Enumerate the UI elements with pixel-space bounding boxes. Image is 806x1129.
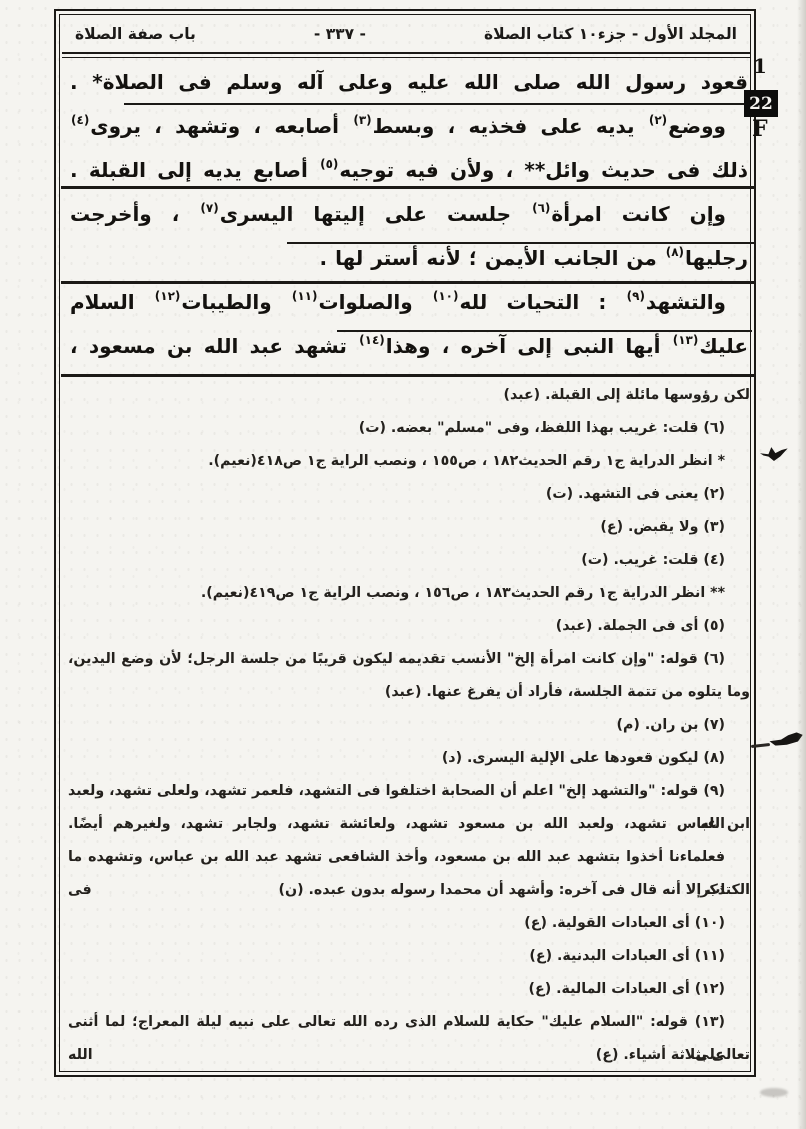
footnote-marker: (٦) xyxy=(531,201,551,215)
page-header: المجلد الأول - جزء١٠ كتاب الصلاة - ٣٣٧ -… xyxy=(62,16,750,54)
footnote-marker: (٩) xyxy=(626,289,646,303)
footnote-line: (٧) بن ران. (م) xyxy=(68,709,750,742)
footnote-line: وما يتلوه من تتمة الجلسة، فأراد أن يفرغ … xyxy=(68,676,750,709)
margin-number-annotation: 1 xyxy=(753,54,767,78)
footnote-line: (٦) قلت: غريب بهذا اللفظ، وفى "مسلم" بعض… xyxy=(68,412,750,445)
footnote-line: لكن رؤوسها مائلة إلى القبلة. (عبد) xyxy=(68,379,750,412)
matn-line: وإن كانت امرأة(٦) جلست على إليتها اليسرى… xyxy=(70,192,748,236)
footnote-line: * انظر الدراية ج١ رقم الحديث١٨٢ ، ص١٥٥ ،… xyxy=(68,445,750,478)
header-chapter-title: باب صفة الصلاة xyxy=(75,25,196,43)
footnote-line: (٢) يعنى فى التشهد. (ت) xyxy=(68,478,750,511)
footnotes-section: لكن رؤوسها مائلة إلى القبلة. (عبد)(٦) قل… xyxy=(68,379,750,1072)
footnote-marker: (٨) xyxy=(665,245,685,259)
footnote-line: (٣) ولا يقبض. (ع) xyxy=(68,511,750,544)
matn-divider-rule xyxy=(61,186,755,189)
footnotes-separator-rule xyxy=(61,374,755,377)
footnote-marker: (١٢) xyxy=(154,289,182,303)
ink-mark xyxy=(769,729,803,749)
header-volume-title: المجلد الأول - جزء١٠ كتاب الصلاة xyxy=(484,25,737,43)
scanned-page: المجلد الأول - جزء١٠ كتاب الصلاة - ٣٣٧ -… xyxy=(0,0,806,1129)
footnote-line: (٩) قوله: "والتشهد إلخ" اعلم أن الصحابة … xyxy=(68,775,750,808)
matn-line: قعود رسول الله صلى الله عليه وعلى آله وس… xyxy=(70,60,748,104)
footnote-marker: (٣) xyxy=(352,113,372,127)
ink-smudge xyxy=(760,1088,788,1097)
matn-section: قعود رسول الله صلى الله عليه وعلى آله وس… xyxy=(70,60,748,368)
footnote-line: (٤) قلت: غريب. (ت) xyxy=(68,544,750,577)
footnote-marker: (١١) xyxy=(291,289,319,303)
footnote-marker: (٥) xyxy=(319,157,339,171)
matn-line: ووضع(٢) يديه على فخذيه ، وبسط(٣) أصابعه … xyxy=(70,104,748,148)
margin-letter-annotation: F xyxy=(752,116,768,142)
header-page-number: - ٣٣٧ - xyxy=(314,25,366,43)
matn-divider-rule xyxy=(124,103,752,105)
footnote-marker: (٧) xyxy=(199,201,219,215)
matn-divider-rule xyxy=(287,242,755,244)
ink-mark xyxy=(760,445,789,462)
footnote-line: ابن عباس تشهد، ولعبد الله بن مسعود تشهد،… xyxy=(68,808,750,841)
footnote-line: فعلماءنا أخذوا بتشهد عبد الله بن مسعود، … xyxy=(68,841,750,874)
footnote-line: ** انظر الدراية ج١ رقم الحديث١٨٣ ، ص١٥٦ … xyxy=(68,577,750,610)
footnote-marker: (١٠) xyxy=(432,289,460,303)
footnote-marker: (٤) xyxy=(70,113,90,127)
matn-line: والتشهد(٩) : التحيات لله(١٠) والصلوات(١١… xyxy=(70,280,748,324)
footnote-line: (١٣) قوله: "السلام عليك" حكاية للسلام ال… xyxy=(68,1006,750,1039)
matn-divider-rule xyxy=(337,330,752,332)
footnote-line: (١٢) أى العبادات المالية. (ع) xyxy=(68,973,750,1006)
footnote-line: (٦) قوله: "وإن كانت امرأة إلخ" الأنسب تق… xyxy=(68,643,750,676)
footnote-line: (١١) أى العبادات البدنية. (ع) xyxy=(68,940,750,973)
footnote-marker: (١٣) xyxy=(672,333,700,347)
footnote-line: (٥) أى فى الجملة. (عبد) xyxy=(68,610,750,643)
footnote-line: (١٠) أى العبادات القولية. (ع) xyxy=(68,907,750,940)
footnote-marker: (٢) xyxy=(648,113,668,127)
ink-dash-mark xyxy=(751,743,770,748)
footnote-marker: (١٤) xyxy=(358,333,386,347)
footnote-line: (٨) ليكون قعودها على الإلية اليسرى. (د) xyxy=(68,742,750,775)
margin-boxed-number-stamp: 22 xyxy=(744,90,778,117)
matn-divider-rule xyxy=(61,281,755,284)
